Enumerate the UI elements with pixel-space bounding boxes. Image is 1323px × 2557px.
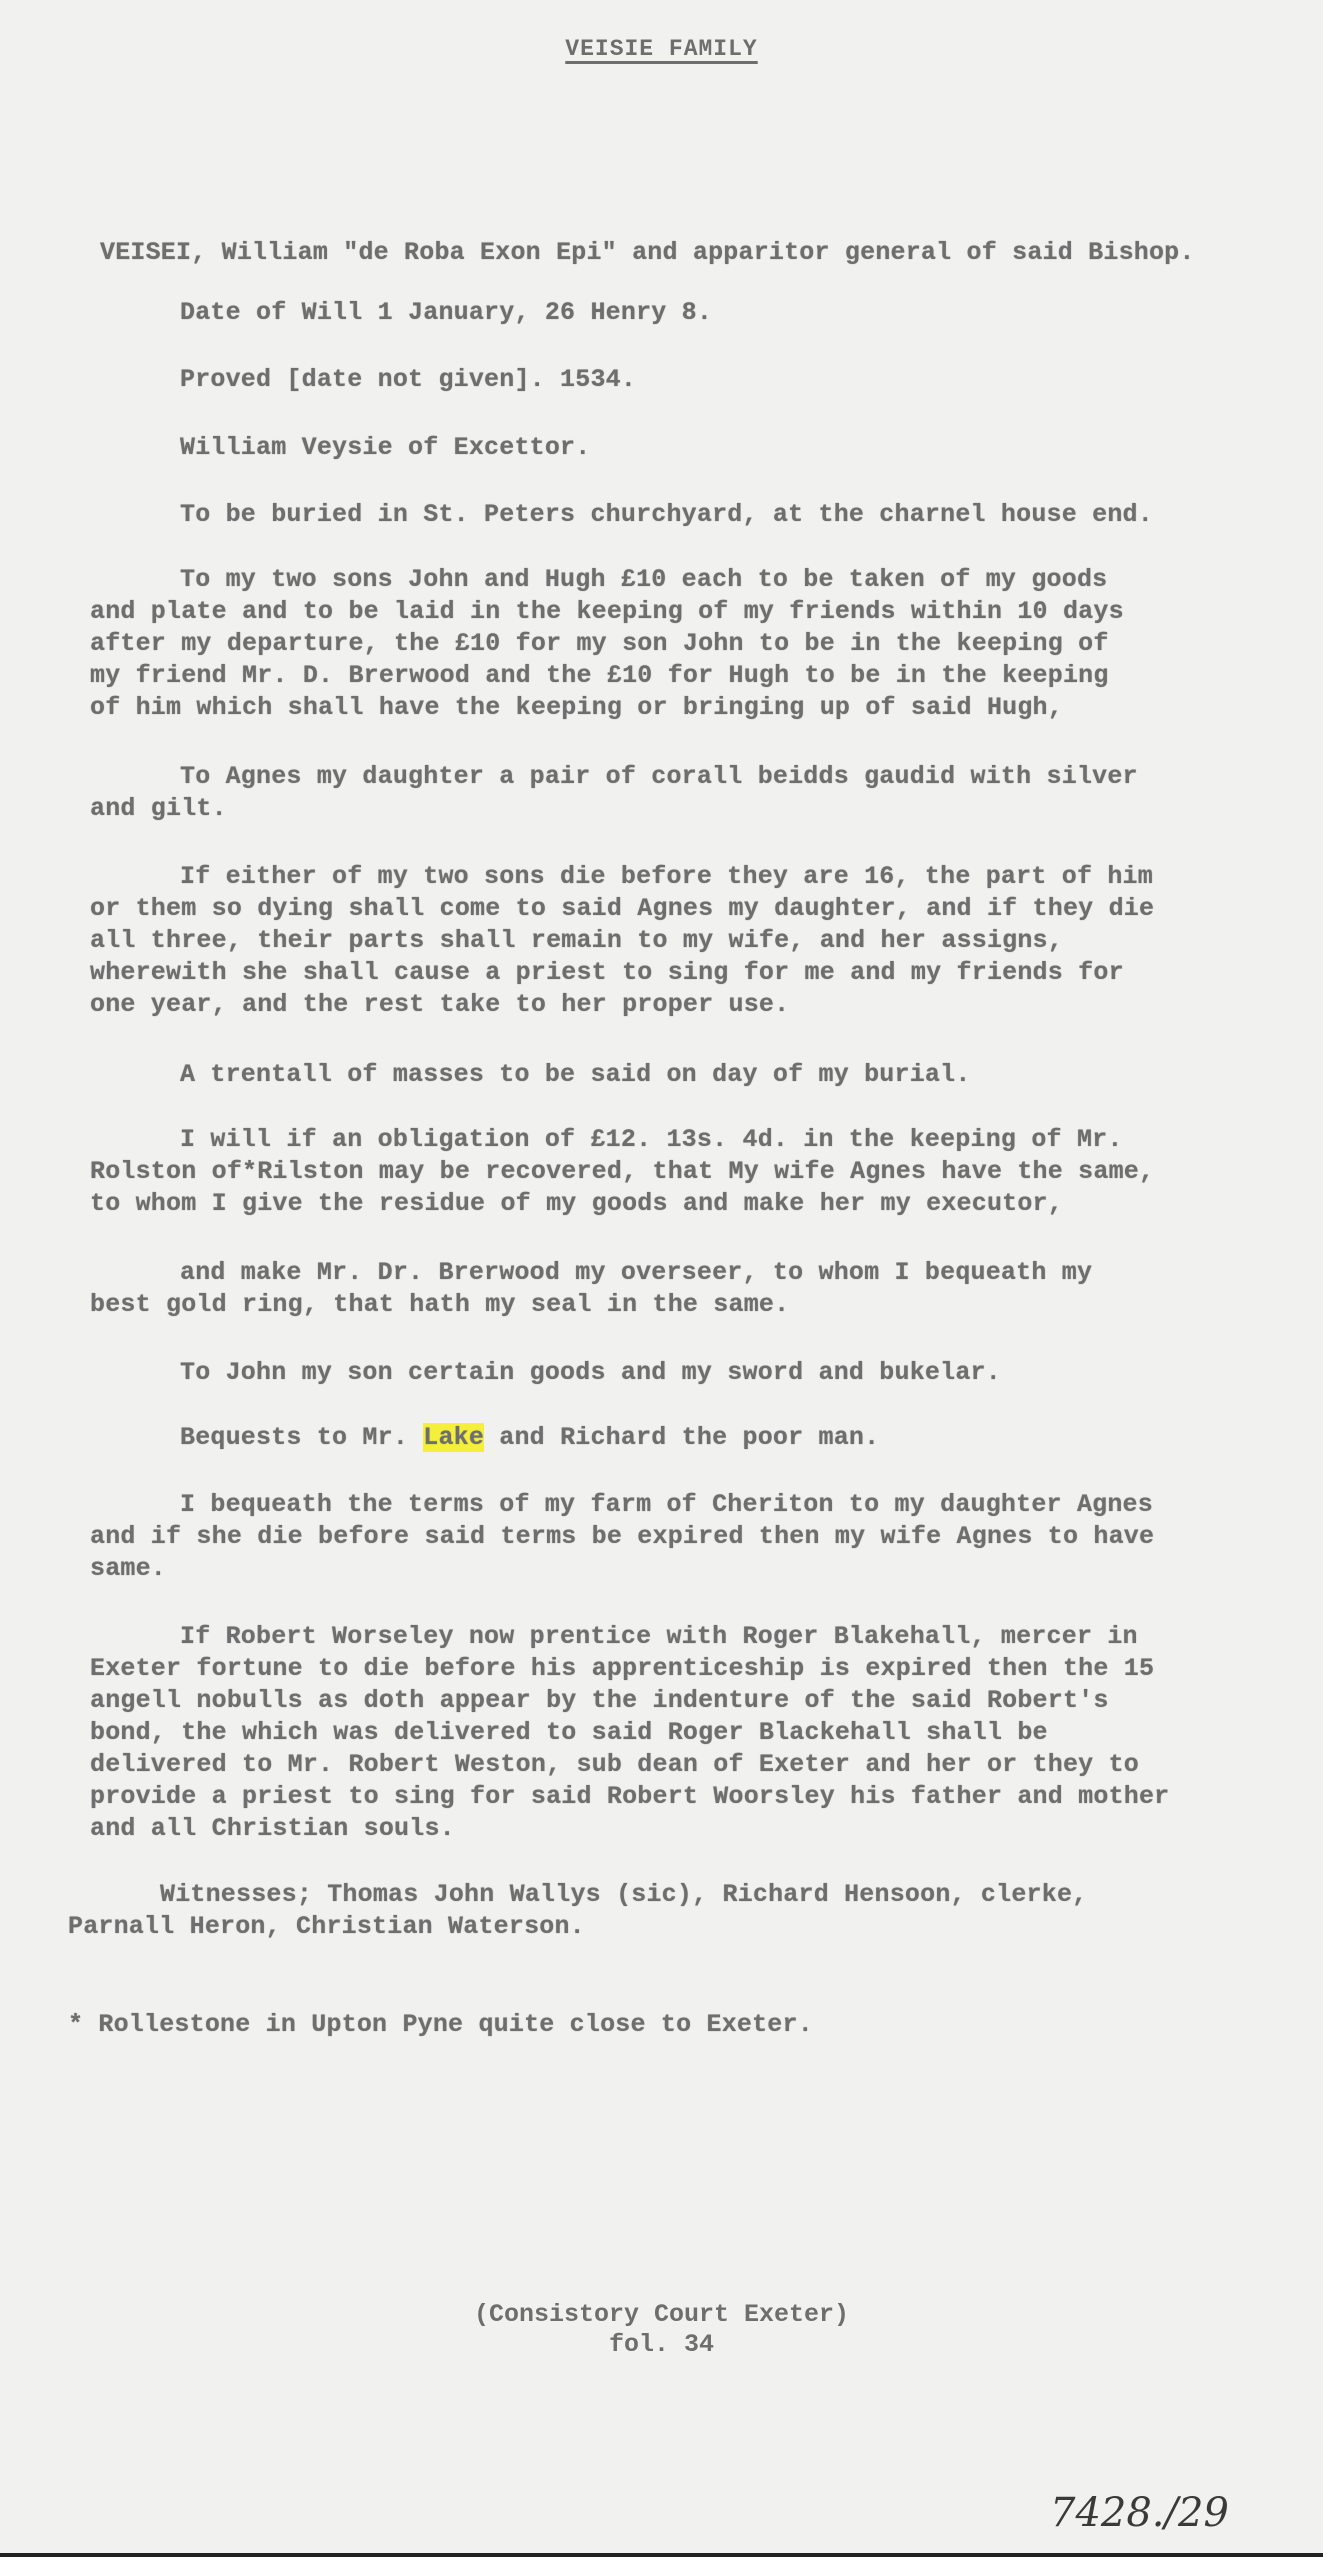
text-line: of him which shall have the keeping or b… (90, 693, 1063, 722)
text-line: all three, their parts shall remain to m… (90, 926, 1063, 955)
text-line: If either of my two sons die before they… (180, 862, 1153, 891)
text-line: Exeter fortune to die before his apprent… (90, 1654, 1154, 1683)
document-page: VEISIE FAMILY VEISEI, William "de Roba E… (0, 0, 1323, 2557)
text-line: and if she die before said terms be expi… (90, 1522, 1154, 1551)
text-line: and make Mr. Dr. Brerwood my overseer, t… (180, 1258, 1092, 1287)
trentall-line: A trentall of masses to be said on day o… (180, 1060, 971, 1089)
text-span: and Richard the poor man. (484, 1423, 879, 1452)
text-line: wherewith she shall cause a priest to si… (90, 958, 1124, 987)
text-line: provide a priest to sing for said Robert… (90, 1782, 1169, 1811)
bequests-line: Bequests to Mr. Lake and Richard the poo… (180, 1423, 879, 1452)
catalog-number: 7428./29 (1050, 2490, 1229, 2536)
text-line: To Agnes my daughter a pair of corall be… (180, 762, 1138, 791)
text-line: best gold ring, that hath my seal in the… (90, 1290, 789, 1319)
source-line: (Consistory Court Exeter) (0, 2300, 1323, 2329)
text-line: Witnesses; Thomas John Wallys (sic), Ric… (160, 1880, 1087, 1909)
footnote: * Rollestone in Upton Pyne quite close t… (68, 2010, 813, 2039)
text-line: bond, the which was delivered to said Ro… (90, 1718, 1048, 1747)
john-line: To John my son certain goods and my swor… (180, 1358, 1001, 1387)
text-line: and all Christian souls. (90, 1814, 455, 1843)
text-line: To my two sons John and Hugh £10 each to… (180, 565, 1107, 594)
text-line: same. (90, 1554, 166, 1583)
text-span: Bequests to Mr. (180, 1423, 423, 1452)
text-line: and plate and to be laid in the keeping … (90, 597, 1124, 626)
text-line: after my departure, the £10 for my son J… (90, 629, 1109, 658)
text-line: If Robert Worseley now prentice with Rog… (180, 1622, 1138, 1651)
text-line: I will if an obligation of £12. 13s. 4d.… (180, 1125, 1123, 1154)
text-line: or them so dying shall come to said Agne… (90, 894, 1154, 923)
text-line: Parnall Heron, Christian Waterson. (68, 1912, 585, 1941)
text-line: to whom I give the residue of my goods a… (90, 1189, 1063, 1218)
page-edge (0, 2553, 1323, 2557)
text-line: delivered to Mr. Robert Weston, sub dean… (90, 1750, 1139, 1779)
proved-line: Proved [date not given]. 1534. (180, 365, 636, 394)
testator-line: William Veysie of Excettor. (180, 433, 590, 462)
text-line: Rolston of*Rilston may be recovered, tha… (90, 1157, 1154, 1186)
text-line: my friend Mr. D. Brerwood and the £10 fo… (90, 661, 1109, 690)
highlighted-word: Lake (423, 1423, 484, 1452)
text-line: I bequeath the terms of my farm of Cheri… (180, 1490, 1153, 1519)
heading-line: VEISEI, William "de Roba Exon Epi" and a… (100, 238, 1195, 267)
date-of-will: Date of Will 1 January, 26 Henry 8. (180, 298, 712, 327)
burial-line: To be buried in St. Peters churchyard, a… (180, 500, 1153, 529)
title-text: VEISIE FAMILY (565, 36, 757, 62)
document-title: VEISIE FAMILY (0, 36, 1323, 62)
text-line: one year, and the rest take to her prope… (90, 990, 789, 1019)
text-line: angell nobulls as doth appear by the ind… (90, 1686, 1109, 1715)
folio-line: fol. 34 (0, 2330, 1323, 2359)
text-line: and gilt. (90, 794, 227, 823)
